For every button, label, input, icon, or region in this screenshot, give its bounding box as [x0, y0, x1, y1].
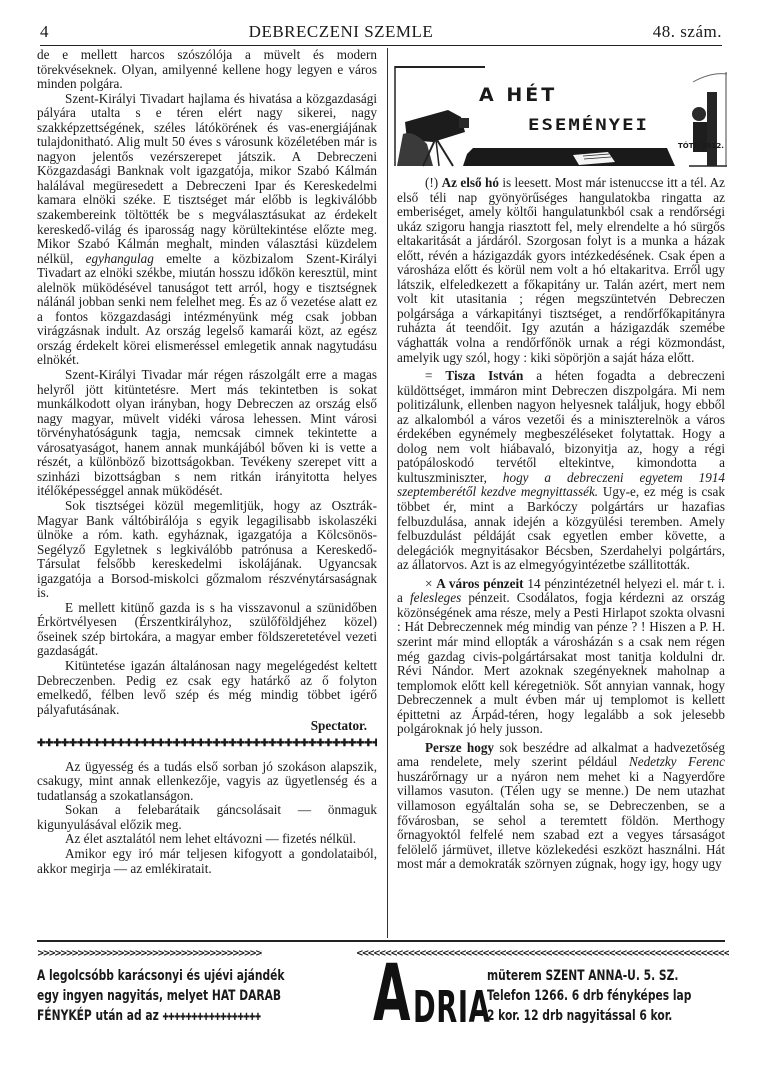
italic-text: Nedetzky Ferenc [629, 754, 725, 769]
text: a héten fogadta a debreczeni küldöttsége… [397, 368, 725, 485]
text: E mellett kitünő gazda is s ha visszavon… [37, 600, 377, 659]
ad-right-line: 2 kor. 12 drb nagyitással 6 kor. [487, 1006, 691, 1026]
ad-left-line: FÉNYKÉP után ad az ✚✚✚✚✚✚✚✚✚✚✚✚✚✚✚✚✚ [37, 1006, 285, 1028]
aphorisms-list: Az ügyesség és a tudás első sorban jó sz… [37, 760, 377, 876]
bold-lead: Persze hogy [425, 740, 494, 755]
aphorism: Az ügyesség és a tudás első sorban jó sz… [37, 760, 377, 804]
aphorism: Sokan a felebarátaik gáncsolásait — önma… [37, 803, 377, 832]
italic-text: egyhangulag [86, 251, 154, 266]
text: pénzeit. Csodálatos, fogja kérdezni az o… [397, 590, 725, 736]
bold-lead: A város pénzeit [436, 576, 523, 591]
text: emelte a közbizalom Szent-Királyi Tivada… [37, 251, 377, 368]
ad-left-text: A legolcsóbb karácsonyi és ujévi ajándék… [37, 966, 285, 1028]
masthead-title: DEBRECZENI SZEMLE [249, 22, 434, 42]
paragraph: Kitüntetése igazán általánosan nagy mege… [37, 659, 377, 717]
text: Sok tisztségei közül megemlitjük, hogy a… [37, 498, 377, 600]
page-header: 4 DEBRECZENI SZEMLE 48. szám. [40, 18, 722, 46]
ad-left-line: A legolcsóbb karácsonyi és ujévi ajándék [37, 966, 285, 986]
bottom-rule [37, 940, 725, 942]
banner-title-line2: ESEMÉNYEI [528, 116, 649, 135]
banner-title-line1: A HÉT [479, 84, 557, 106]
logo-initial: A [373, 954, 410, 1034]
ad-right-line: Telefon 1266. 6 drb fényképes lap [487, 986, 691, 1006]
bold-lead: Tisza István [445, 368, 523, 383]
text: huszárőrnagy ur a nyáron nem mehet ki a … [397, 769, 725, 871]
text: = [425, 368, 445, 383]
ad-left-line-text: FÉNYKÉP után ad az [37, 1008, 159, 1024]
ad-right-text: müterem SZENT ANNA-U. 5. SZ. Telefon 126… [487, 966, 691, 1026]
paragraph: (!) Az első hó is leesett. Most már iste… [397, 176, 725, 365]
right-column: (!) Az első hó is leesett. Most már iste… [397, 176, 725, 872]
ad-plus-ornament: ✚✚✚✚✚✚✚✚✚✚✚✚✚✚✚✚✚ [163, 1012, 261, 1023]
ad-right-line: müterem SZENT ANNA-U. 5. SZ. [487, 966, 691, 986]
paragraph: × A város pénzeit 14 pénzintézetnél hely… [397, 577, 725, 737]
aphorism: Amikor egy iró már teljesen kifogyott a … [37, 847, 377, 876]
page-number: 4 [40, 22, 80, 42]
text: de e mellett harcos szószólója a müvelt … [37, 47, 377, 91]
adria-logo: A DRIA [373, 954, 433, 1034]
paragraph: = Tisza István a héten fogadta a debrecz… [397, 369, 725, 573]
text: Szent-Királyi Tivadart hajlama és hivatá… [37, 91, 377, 266]
paragraph: Sok tisztségei közül megemlitjük, hogy a… [37, 499, 377, 601]
news-items: (!) Az első hó is leesett. Most már iste… [397, 176, 725, 872]
paragraph: Szent-Királyi Tivadar már régen rászolgá… [37, 368, 377, 499]
paragraph: de e mellett harcos szószólója a müvelt … [37, 48, 377, 92]
ad-left-line: egy ingyen nagyitás, melyet HAT DARAB [37, 986, 285, 1006]
column-divider [387, 48, 388, 938]
paragraph: Persze hogy sok beszédre ad alkalmat a h… [397, 741, 725, 872]
text: (!) [425, 175, 442, 190]
text: is leesett. Most már istenuccse itt a té… [397, 175, 725, 365]
paragraph: E mellett kitünő gazda is s ha visszavon… [37, 601, 377, 659]
article-body: de e mellett harcos szószólója a müvelt … [37, 48, 377, 717]
text: Kitüntetése igazán általánosan nagy mege… [37, 658, 377, 717]
logo-rest: DRIA [413, 982, 490, 1033]
italic-text: felesleges [410, 590, 461, 605]
ad-chevron-border-left: >>>>>>>>>>>>>>>>>>>>>>>>>>>>>>>>>>>>>>>>… [37, 948, 262, 959]
ornamental-separator: ✚✚✚✚✚✚✚✚✚✚✚✚✚✚✚✚✚✚✚✚✚✚✚✚✚✚✚✚✚✚✚✚✚✚✚✚✚✚✚✚… [37, 738, 377, 750]
section-banner: A HÉT ESEMÉNYEI TÓTH 1912. [393, 62, 729, 170]
left-column: de e mellett harcos szószólója a müvelt … [37, 48, 377, 876]
paragraph: Szent-Királyi Tivadart hajlama és hivatá… [37, 92, 377, 368]
aphorism: Az élet asztalától nem lehet eltávozni —… [37, 832, 377, 847]
text: Szent-Királyi Tivadar már régen rászolgá… [37, 367, 377, 498]
article-signature: Spectator. [37, 719, 377, 734]
text: × [425, 576, 436, 591]
issue-number: 48. szám. [602, 22, 722, 42]
advertisement: >>>>>>>>>>>>>>>>>>>>>>>>>>>>>>>>>>>>>>>>… [37, 948, 729, 1048]
bold-lead: Az első hó [442, 175, 499, 190]
banner-artist-signature: TÓTH 1912. [678, 142, 724, 150]
